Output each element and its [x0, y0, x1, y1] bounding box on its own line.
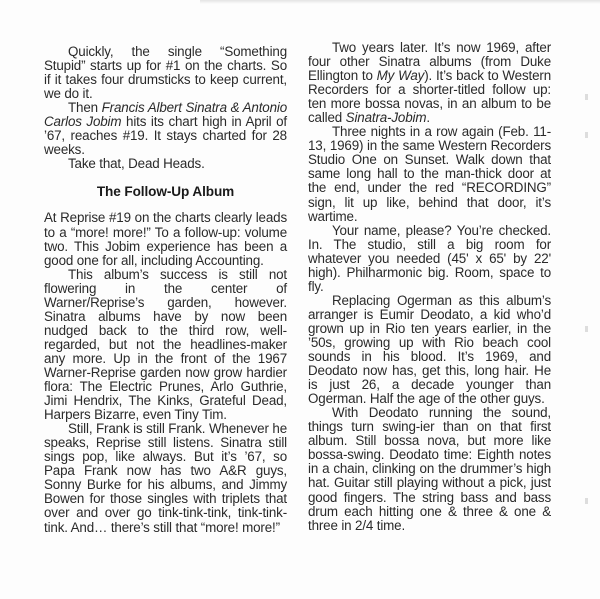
- paragraph: This album’s success is still not flower…: [44, 268, 287, 423]
- page-edge-shadow: [200, 0, 600, 4]
- album-title: My Way: [377, 68, 425, 83]
- paragraph: Replacing Ogerman as this album’s arrang…: [308, 294, 551, 406]
- text-run: .: [426, 110, 430, 125]
- paragraph: At Reprise #19 on the charts clearly lea…: [44, 211, 287, 267]
- paragraph: Two years later. It’s now 1969, after fo…: [308, 41, 551, 125]
- paragraph: With Deodato running the sound, things t…: [308, 406, 551, 532]
- album-title: Sinatra-Jobim: [346, 110, 427, 125]
- text-run: Then: [68, 100, 102, 115]
- paragraph: Your name, please? You’re checked. In. T…: [308, 224, 551, 294]
- paragraph: Take that, Dead Heads.: [44, 157, 287, 171]
- text-run: Quickly, the single “Something Stupid” s…: [44, 44, 287, 101]
- text-run: At Reprise #19 on the charts clearly lea…: [44, 210, 287, 267]
- paragraph: Three nights in a row again (Feb. 11-13,…: [308, 125, 551, 223]
- paragraph: Still, Frank is still Frank. Whenever he…: [44, 422, 287, 534]
- section-heading: The Follow-Up Album: [44, 185, 287, 199]
- bleed-through-mark: [585, 94, 588, 100]
- bleed-through-mark: [585, 498, 588, 504]
- text-run: Your name, please? You’re checked. In. T…: [308, 223, 551, 294]
- text-run: Take that, Dead Heads.: [68, 156, 205, 171]
- text-run: This album’s success is still not flower…: [44, 267, 287, 422]
- paragraph: Then Francis Albert Sinatra & Antonio Ca…: [44, 101, 287, 157]
- text-run: Still, Frank is still Frank. Whenever he…: [44, 421, 287, 534]
- text-run: With Deodato running the sound, things t…: [308, 405, 551, 532]
- bleed-through-mark: [585, 132, 588, 138]
- text-run: Three nights in a row again (Feb. 11-13,…: [308, 124, 551, 223]
- paragraph: Quickly, the single “Something Stupid” s…: [44, 45, 287, 101]
- right-column: Two years later. It’s now 1969, after fo…: [308, 41, 551, 533]
- bleed-through-mark: [585, 326, 588, 332]
- left-column: Quickly, the single “Something Stupid” s…: [44, 45, 287, 535]
- text-run: Replacing Ogerman as this album’s arrang…: [308, 293, 551, 406]
